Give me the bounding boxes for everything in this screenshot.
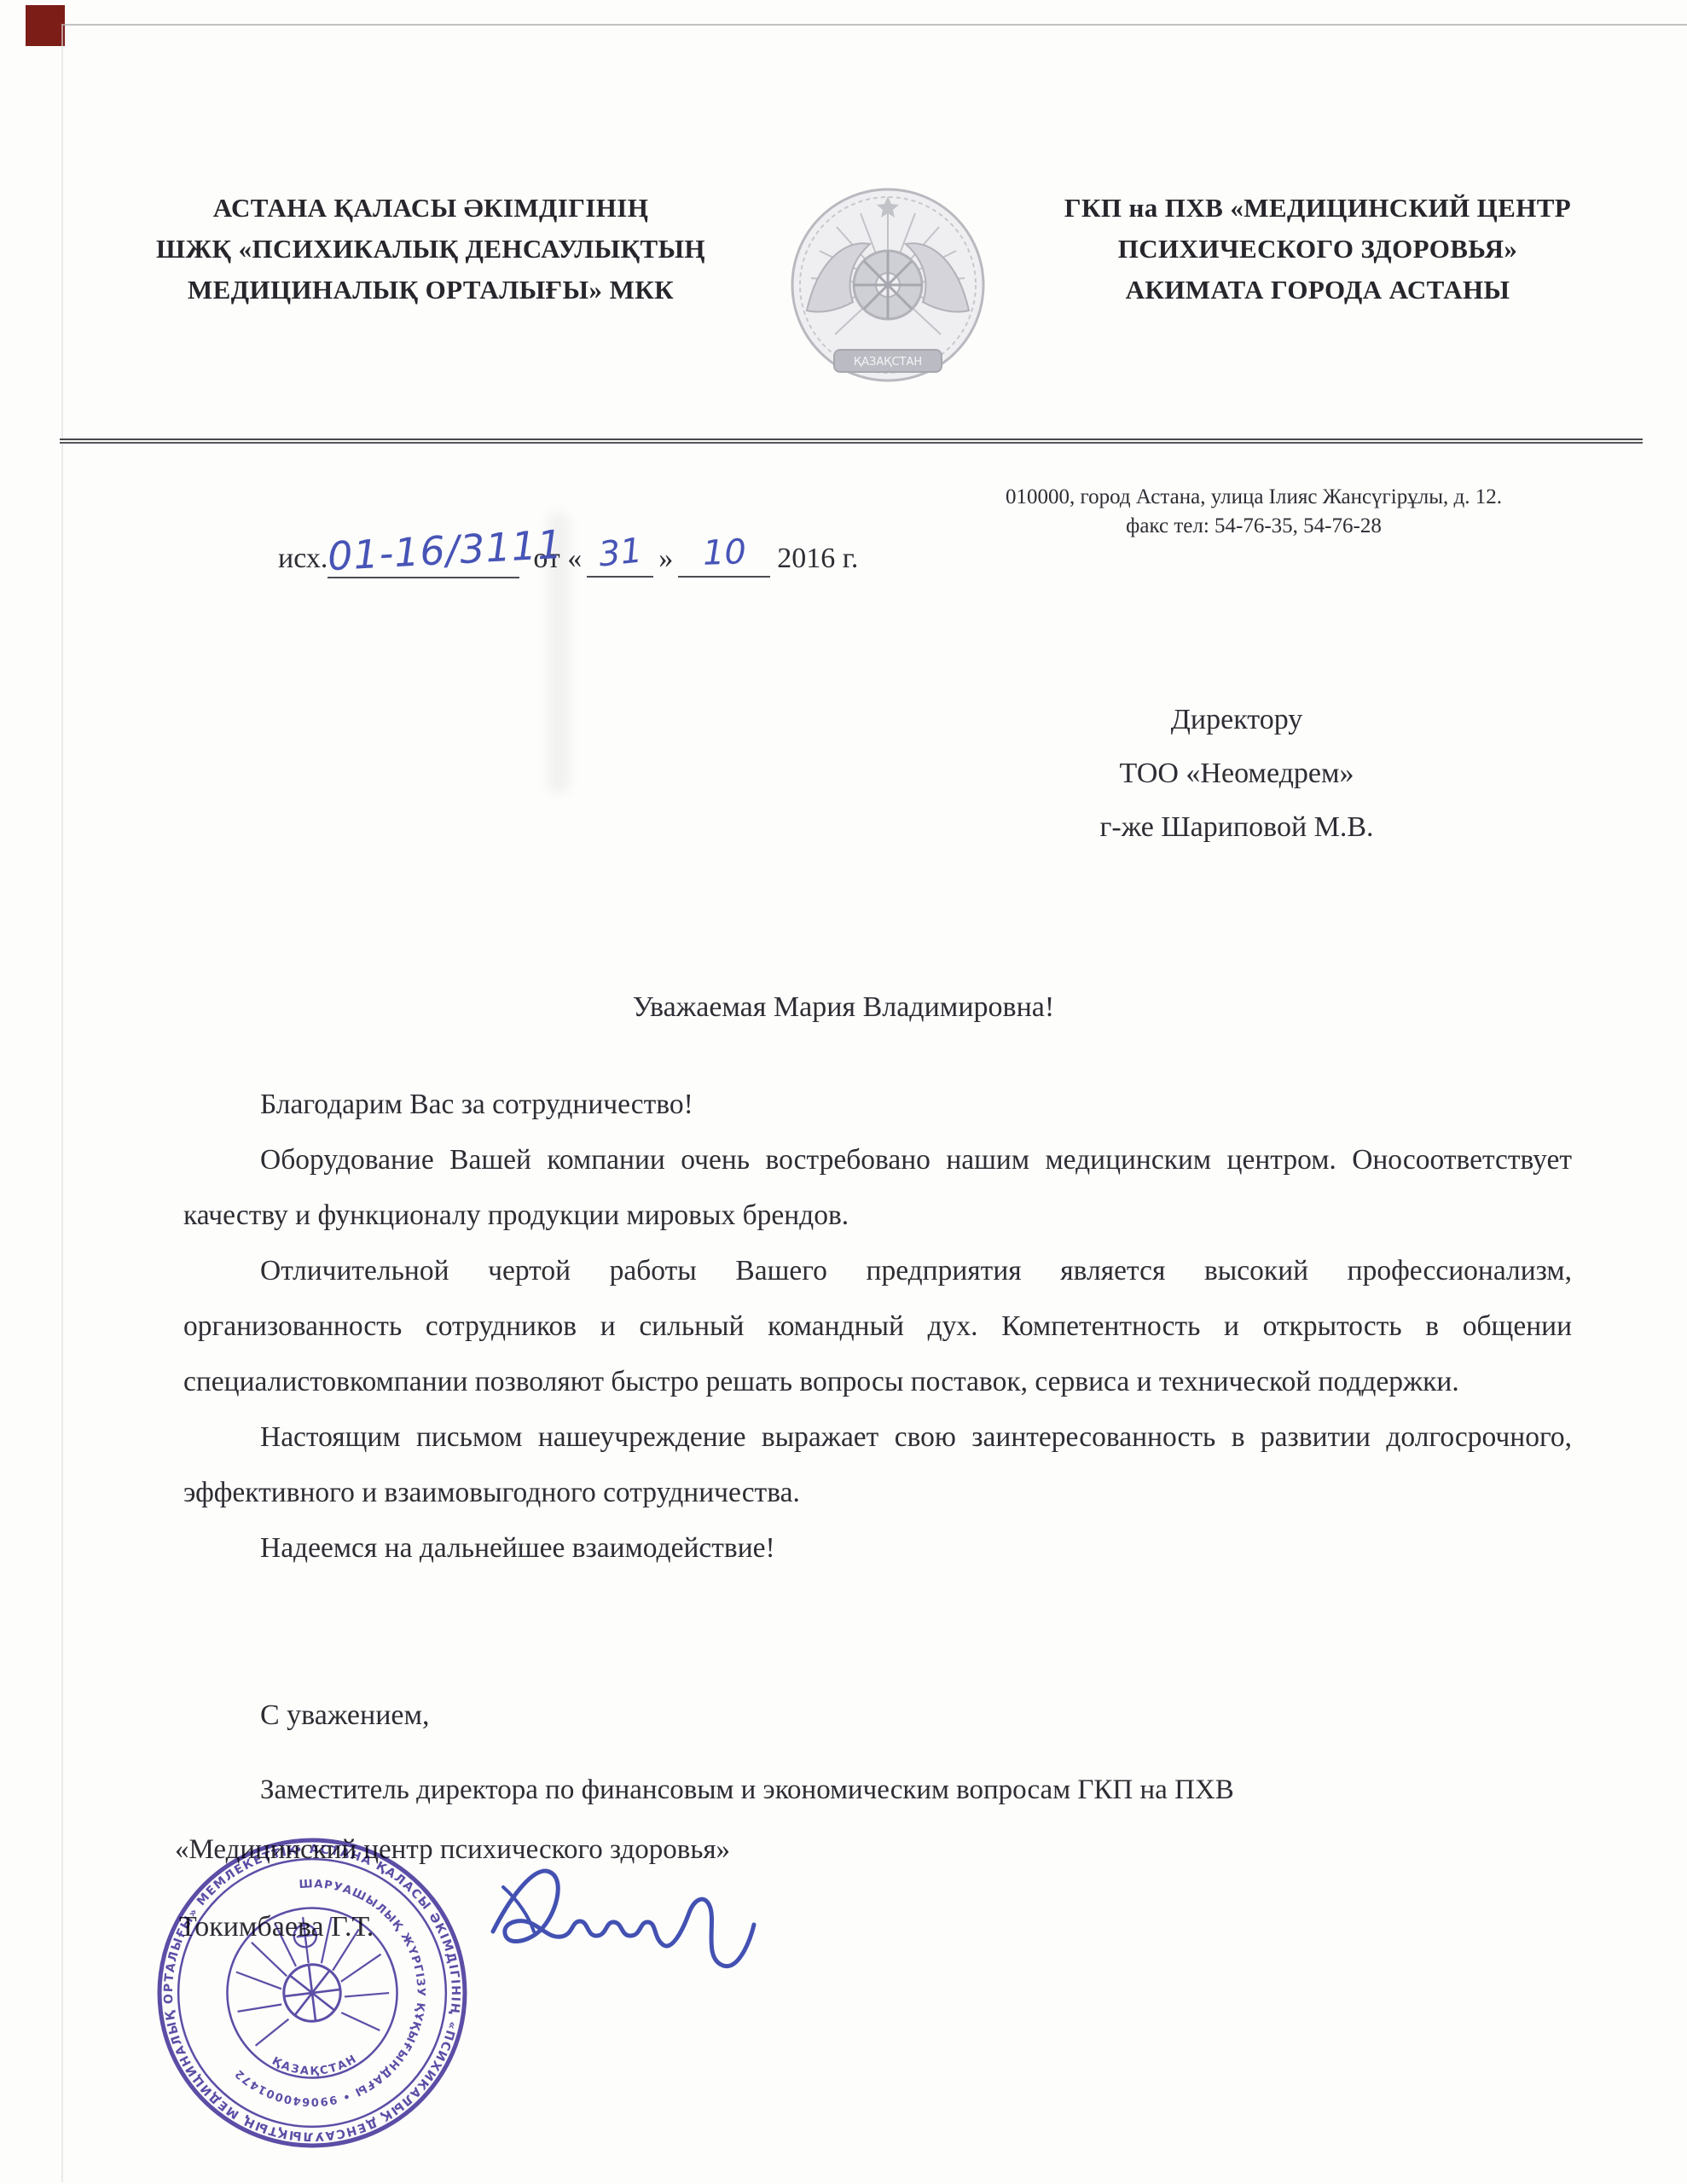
letterhead-org-kazakh: АСТАНА ҚАЛАСЫ ӘКІМДІГІНІҢ ШЖҚ «ПСИХИКАЛЫ… — [90, 188, 772, 311]
ref-prefix: исх. — [278, 543, 328, 574]
ref-month-handwritten: 10 — [702, 532, 746, 573]
letterhead-org-russian: ГКП на ПХВ «МЕДИЦИНСКИЙ ЦЕНТР ПСИХИЧЕСКО… — [994, 188, 1642, 311]
address-line: 010000, город Астана, улица Ілияс Жансүг… — [989, 483, 1518, 512]
scan-page-edge-left — [61, 24, 63, 2182]
body-paragraph-4: Настоящим письмом нашеучреждение выражае… — [183, 1409, 1572, 1520]
body-paragraph-5: Надеемся на дальнейшее взаимодействие! — [183, 1520, 1572, 1576]
letter-body: Благодарим Вас за сотрудничество! Оборуд… — [183, 1077, 1572, 1576]
stamp-shanyrak-cross — [281, 1961, 344, 2024]
kazakhstan-coat-of-arms-icon: ҚАЗАҚСТАН — [783, 183, 993, 391]
body-paragraph-1: Благодарим Вас за сотрудничество! — [183, 1077, 1572, 1132]
scan-corner-mark — [26, 5, 65, 46]
stamp-center-text: ҚАЗАҚСТАН — [269, 2045, 362, 2084]
official-round-stamp: • АСТАНА ҚАЛАСЫ ӘКІМДІГІНІҢ «ПСИХИКАЛЫҚ … — [136, 1816, 490, 2170]
outgoing-ref-line: исх.01-16/3111от «31»102016 г. — [278, 531, 858, 578]
emblem-banner-text: ҚАЗАҚСТАН — [854, 356, 922, 369]
salutation: Уважаемая Мария Владимировна! — [0, 991, 1687, 1024]
body-paragraph-3: Отличительной чертой работы Вашего предп… — [183, 1243, 1572, 1409]
ref-number-blank: 01-16/3111 — [328, 531, 519, 578]
ref-month-blank: 10 — [678, 537, 770, 578]
scanned-letter-page: АСТАНА ҚАЛАСЫ ӘКІМДІГІНІҢ ШЖҚ «ПСИХИКАЛЫ… — [0, 0, 1687, 2184]
recipient-person: г-же Шариповой М.В. — [1070, 800, 1403, 854]
org-kk-line2: ШЖҚ «ПСИХИКАЛЫҚ ДЕНСАУЛЫҚТЫҢ — [90, 229, 772, 270]
body-paragraph-2: Оборудование Вашей компании очень востре… — [183, 1132, 1572, 1243]
org-kk-line1: АСТАНА ҚАЛАСЫ ӘКІМДІГІНІҢ — [90, 188, 772, 229]
ref-day-blank: 31 — [587, 537, 653, 578]
closing-regards: С уважением, — [260, 1699, 430, 1732]
contact-block: 010000, город Астана, улица Ілияс Жансүг… — [989, 483, 1518, 541]
org-ru-line1: ГКП на ПХВ «МЕДИЦИНСКИЙ ЦЕНТР — [994, 188, 1642, 229]
header-divider-rule — [60, 439, 1643, 444]
ref-quote-close: » — [658, 543, 673, 574]
svg-text:ҚАЗАҚСТАН: ҚАЗАҚСТАН — [269, 2045, 362, 2084]
ref-number-handwritten: 01-16/3111 — [327, 521, 565, 579]
org-ru-line3: АКИМАТА ГОРОДА АСТАНЫ — [994, 270, 1642, 311]
handwritten-signature — [478, 1850, 768, 2003]
org-ru-line2: ПСИХИЧЕСКОГО ЗДОРОВЬЯ» — [994, 229, 1642, 270]
fax-line: факс тел: 54-76-35, 54-76-28 — [989, 512, 1518, 541]
scan-page-edge-top — [63, 24, 1687, 26]
signer-position-line1: Заместитель директора по финансовым и эк… — [260, 1774, 1234, 1806]
ref-day-handwritten: 31 — [597, 531, 644, 574]
recipient-block: Директору ТОО «Неомедрем» г-же Шариповой… — [1070, 693, 1403, 854]
recipient-title: Директору — [1070, 693, 1403, 746]
ref-year-label: 2016 г. — [777, 543, 858, 574]
recipient-company: ТОО «Неомедрем» — [1070, 746, 1403, 800]
org-kk-line3: МЕДИЦИНАЛЫҚ ОРТАЛЫҒЫ» МКК — [90, 270, 772, 311]
